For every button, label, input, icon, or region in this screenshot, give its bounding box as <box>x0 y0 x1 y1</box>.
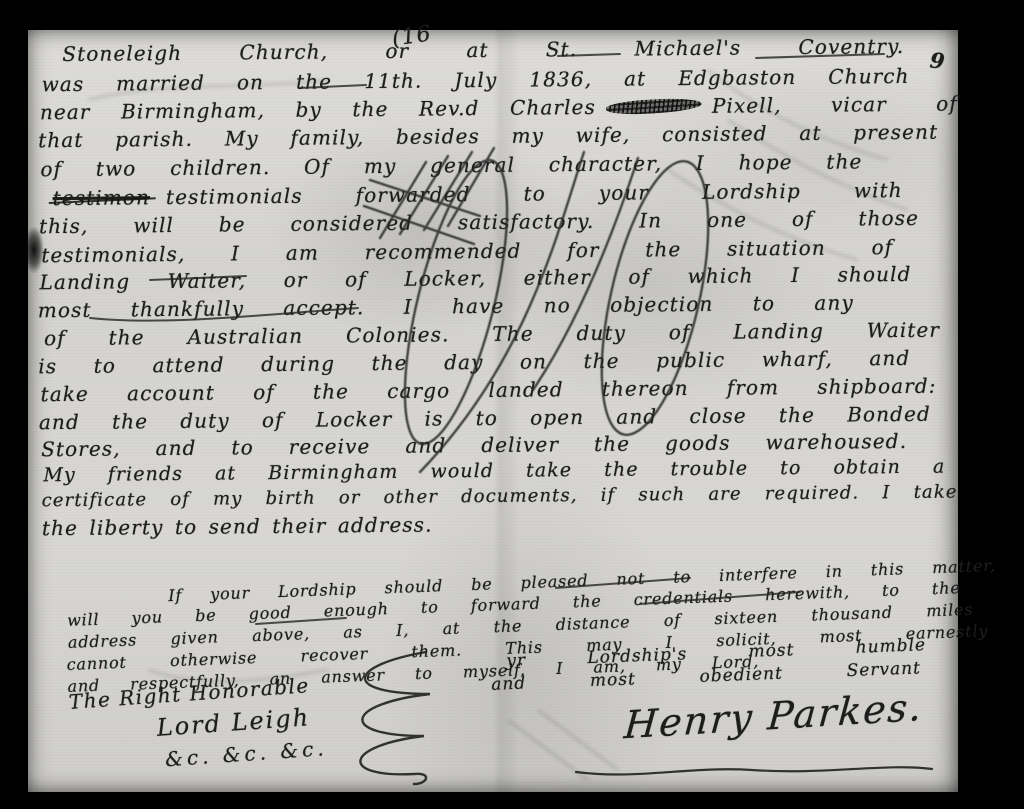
letter-line-segment: testimonials forwarded to your Lordship … <box>166 178 903 209</box>
letter-line: this, will be considered satisfactory. I… <box>39 206 919 238</box>
letter-line: take account of the cargo landed thereon… <box>41 374 937 407</box>
letter-line-segment: near Birmingham, by the Rev.d Charles <box>40 95 596 124</box>
letter-line: is to attend during the day on the publi… <box>38 346 910 378</box>
letter-line: near Birmingham, by the Rev.d Charles Pi… <box>40 91 958 124</box>
letter-line: the liberty to send their address. <box>42 513 433 541</box>
letter-line: that parish. My family, besides my wife,… <box>38 120 938 153</box>
letter-line: Landing Waiter, or of Locker, either of … <box>39 262 911 294</box>
letter-line: testimon testimonials forwarded to your … <box>53 178 903 210</box>
letter-line: was married on the 11th. July 1836, at E… <box>42 64 910 96</box>
letter-line: of the Australian Colonies. The duty of … <box>44 318 940 351</box>
struck-out-word: testimon <box>53 185 150 210</box>
letter-line: Stoneleigh Church, or at St. Michael's C… <box>62 34 904 66</box>
letter-page: (16 9 Stoneleigh Church, or at St. Micha… <box>28 30 958 792</box>
letter-line: certificate of my birth or other documen… <box>42 481 958 511</box>
letter-line: most thankfully accept. I have no object… <box>38 290 854 322</box>
scribbled-out-word <box>606 96 703 116</box>
scanned-letter-image: (16 9 Stoneleigh Church, or at St. Micha… <box>0 0 1024 809</box>
letter-line: My friends at Birmingham would take the … <box>43 456 945 487</box>
ink-blot <box>24 226 44 274</box>
letter-line: of two children. Of my general character… <box>40 149 862 181</box>
letter-line-segment: Pixell, vicar of <box>712 91 958 117</box>
